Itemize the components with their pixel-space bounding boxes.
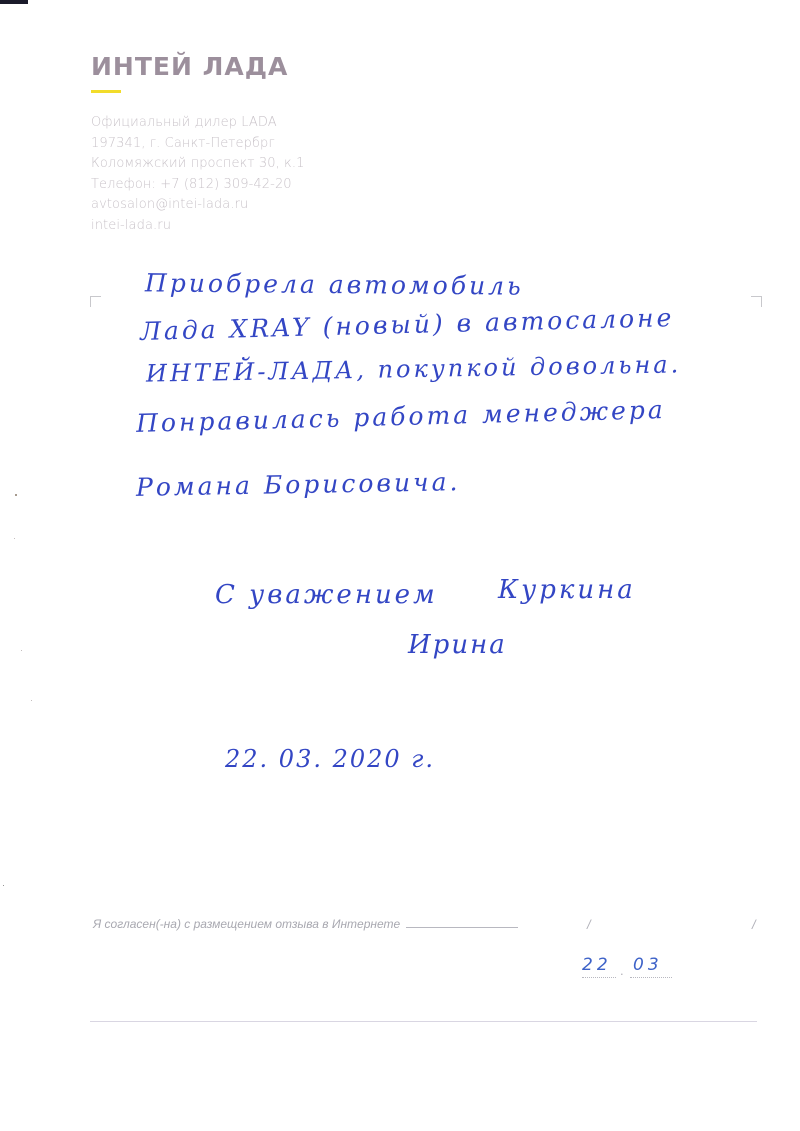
footer-divider bbox=[90, 1021, 757, 1022]
dealer-phone: Телефон: +7 (812) 309-42-20 bbox=[91, 175, 304, 196]
review-line: Понравилась работа менеджера bbox=[136, 395, 666, 438]
consent-statement: Я согласен(-на) с размещением отзыва в И… bbox=[93, 917, 518, 931]
author-first-name: Ирина bbox=[408, 630, 507, 660]
signature-blank bbox=[406, 917, 518, 928]
consent-separator: / bbox=[587, 917, 591, 932]
corner-mark-top-right bbox=[751, 296, 762, 307]
closing-phrase: С уважением bbox=[215, 580, 438, 610]
dealer-website: intei-lada.ru bbox=[91, 216, 304, 237]
date-separator-dot: . bbox=[620, 963, 624, 978]
consent-day: 22 bbox=[582, 955, 612, 975]
dealer-city: 197341, г. Санкт-Петербрг bbox=[91, 134, 304, 155]
review-line: Приобрела автомобиль bbox=[145, 268, 524, 300]
day-underline bbox=[582, 977, 616, 978]
letterhead: ИНТЕЙ ЛАДА Официальный дилер LADA 197341… bbox=[91, 52, 304, 236]
review-line: Лада XRAY (новый) в автосалоне bbox=[140, 303, 675, 346]
dealer-contacts: Официальный дилер LADA 197341, г. Санкт-… bbox=[91, 113, 304, 236]
scan-speck bbox=[31, 700, 32, 701]
scan-speck bbox=[14, 538, 15, 539]
review-line: ИНТЕЙ-ЛАДА, покупкой довольна. bbox=[146, 350, 682, 387]
scan-speck bbox=[21, 650, 22, 651]
scan-artifact bbox=[0, 0, 28, 4]
review-line: Романа Борисовича. bbox=[136, 467, 461, 502]
dealer-email: avtosalon@intei-lada.ru bbox=[91, 195, 304, 216]
scan-speck bbox=[15, 494, 17, 496]
corner-mark-top-left bbox=[90, 296, 101, 307]
consent-text: Я согласен(-на) с размещением отзыва в И… bbox=[93, 917, 400, 931]
consent-separator-end: / bbox=[752, 917, 756, 932]
brand-accent-bar bbox=[91, 90, 121, 93]
consent-month: 03 bbox=[633, 955, 663, 975]
dealer-description: Официальный дилер LADA bbox=[91, 113, 304, 134]
month-underline bbox=[630, 977, 672, 978]
dealer-address: Коломяжский проспект 30, к.1 bbox=[91, 154, 304, 175]
author-surname: Куркина bbox=[498, 575, 636, 605]
scan-speck bbox=[3, 885, 4, 886]
review-date: 22. 03. 2020 г. bbox=[225, 745, 435, 773]
brand-title: ИНТЕЙ ЛАДА bbox=[91, 52, 304, 82]
